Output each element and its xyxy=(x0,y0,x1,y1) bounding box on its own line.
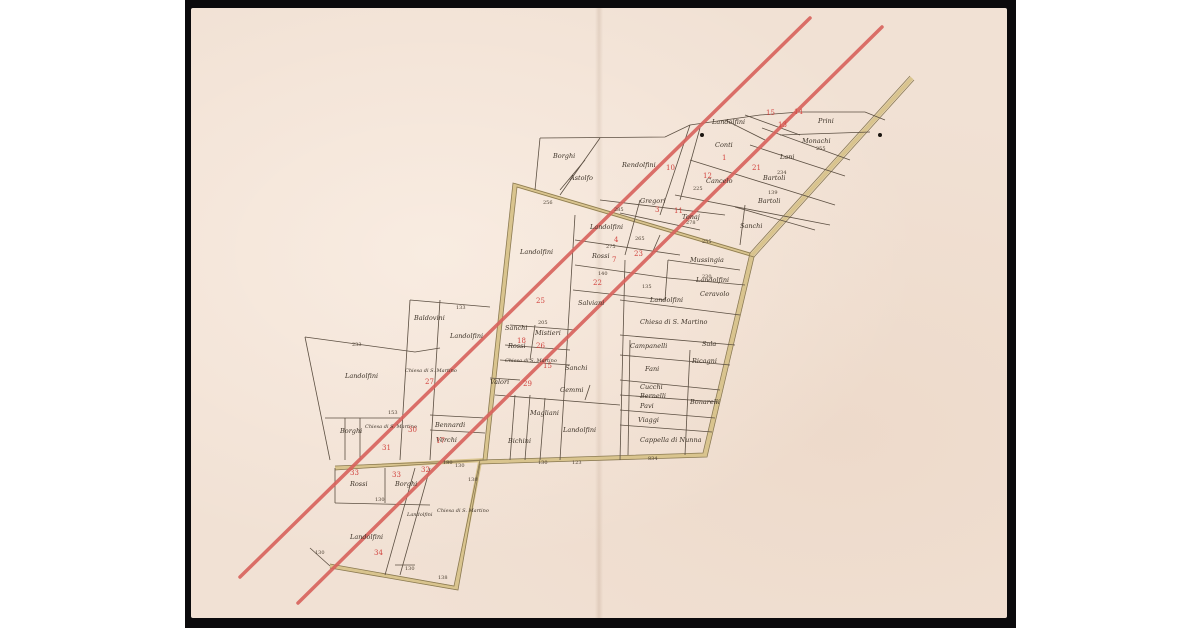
owner-label: Sanchi xyxy=(740,222,762,230)
owner-label: Landolfini xyxy=(695,276,729,284)
parcel-number: 27 xyxy=(425,378,434,386)
owner-label: Landolfini xyxy=(589,223,623,231)
parcel-number: 3 xyxy=(655,206,659,214)
measurement: 233 xyxy=(352,342,362,348)
owner-label: Rossi xyxy=(591,252,610,260)
parcel-boundaries xyxy=(305,112,885,575)
owner-label: Salviani xyxy=(578,299,604,307)
measurement: 265 xyxy=(635,236,645,242)
measurement: 153 xyxy=(388,410,398,416)
parcel-number: 18 xyxy=(517,337,526,345)
red-diagonal-lines xyxy=(240,18,882,603)
measurement: 285 xyxy=(614,207,624,213)
measurement: 138 xyxy=(468,477,478,483)
owner-label: Borghi xyxy=(339,427,362,435)
owner-label: Borghi xyxy=(552,152,575,160)
parcel-number: 29 xyxy=(523,380,532,388)
owner-label: Magliani xyxy=(529,409,559,417)
owner-label: Prini xyxy=(817,117,834,125)
owner-label: Bernelli xyxy=(639,392,666,400)
parcel-number: 1 xyxy=(722,154,726,162)
parcel-number: 30 xyxy=(408,426,417,434)
measurement: 130 xyxy=(315,550,325,556)
parcel-number: 7 xyxy=(612,256,616,264)
owner-label: Bartoli xyxy=(757,197,780,205)
measurement: 139 xyxy=(768,190,778,196)
measurement: 130 xyxy=(538,460,548,466)
measurement: 256 xyxy=(543,200,553,206)
measurement: 140 xyxy=(598,271,608,277)
measurement: 255 xyxy=(702,239,712,245)
owner-label: Chiesa di S. Martino xyxy=(405,368,457,374)
measurement: 834 xyxy=(648,456,658,462)
ink-dot xyxy=(878,133,882,137)
owner-label: Campanelli xyxy=(630,342,667,350)
measurement: 255 xyxy=(816,146,826,152)
measurement: 234 xyxy=(777,170,787,176)
owner-label: Conti xyxy=(715,141,733,149)
measurement: 123 xyxy=(572,460,582,466)
owner-label: Baldovini xyxy=(413,314,445,322)
parcel-number: 14 xyxy=(794,108,803,116)
owner-label: Ceravolo xyxy=(700,290,729,298)
owner-label: Monachi xyxy=(801,137,831,145)
parcel-number: 33 xyxy=(392,471,401,479)
measurement: 130 xyxy=(375,497,385,503)
owner-label: Fani xyxy=(644,365,659,373)
owner-label: Landolfini xyxy=(406,512,433,518)
owner-label: Mistieri xyxy=(534,329,561,337)
parcel-number: 4 xyxy=(614,236,619,244)
measurement: 205 xyxy=(538,320,548,326)
parcel-number: 21 xyxy=(752,164,761,172)
owner-label: Mussingia xyxy=(689,256,724,264)
parcel-number: 15 xyxy=(766,109,775,117)
owner-label: Bonarelli xyxy=(689,398,720,406)
owner-label: Chiesa di S. Martino xyxy=(437,508,489,514)
measurement: 225 xyxy=(693,186,703,192)
parcel-number: 23 xyxy=(634,250,643,258)
ink-dot xyxy=(700,133,704,137)
parcel-number: 12 xyxy=(703,172,712,180)
parcel-number: 32 xyxy=(421,466,430,474)
parcel-number: 22 xyxy=(593,279,602,287)
parcel-number: 25 xyxy=(536,297,545,305)
owner-label: Pavi xyxy=(639,402,654,410)
parcel-number: 10 xyxy=(666,164,675,172)
owner-label: Borghi xyxy=(394,480,417,488)
parcel-number: 11 xyxy=(674,207,683,215)
owner-label: Landolfini xyxy=(449,332,483,340)
owner-label: Bichini xyxy=(507,437,531,445)
owner-label: Cappella di Nunna xyxy=(640,436,702,444)
measurement: 135 xyxy=(642,284,652,290)
measurement: 275 xyxy=(606,244,616,250)
owner-label: Rossi xyxy=(349,480,368,488)
owner-labels: Landolfini Prini Monachi Lani Conti Canc… xyxy=(339,117,834,541)
parcel-number: 15 xyxy=(543,362,552,370)
owner-label: Chiesa di S. Martino xyxy=(640,318,708,326)
owner-label: Landolfini xyxy=(344,372,378,380)
owner-label: Astolfo xyxy=(569,174,593,182)
parcel-number: 31 xyxy=(382,444,391,452)
owner-label: Gemmi xyxy=(560,386,583,394)
owner-label: Lani xyxy=(779,153,794,161)
measurement: 130 xyxy=(405,566,415,572)
measurement: 180 xyxy=(443,460,453,466)
parcel-number: 26 xyxy=(536,342,545,350)
measurement: 278 xyxy=(686,220,696,226)
parcel-number: 13 xyxy=(778,121,787,129)
owner-label: Cucchi xyxy=(640,383,663,391)
owner-label: Gregori xyxy=(640,197,665,205)
owner-label: Bennardi xyxy=(434,421,465,429)
owner-label: Landolfini xyxy=(649,296,683,304)
measurement: 133 xyxy=(456,305,466,311)
parcel-number: 34 xyxy=(374,549,383,557)
owner-label: Landolfini xyxy=(711,118,745,126)
parcel-number: 17 xyxy=(436,437,445,445)
measurement: 130 xyxy=(455,463,465,469)
measurement: 138 xyxy=(438,575,448,581)
measurement: 230 xyxy=(702,274,712,280)
owner-label: Landolfini xyxy=(519,248,553,256)
owner-label: Sanchi xyxy=(565,364,587,372)
owner-label: Rendolfini xyxy=(621,161,656,169)
owner-label: Landolfini xyxy=(562,426,596,434)
owner-label: Landolfini xyxy=(349,533,383,541)
parcel-number: 33 xyxy=(350,469,359,477)
owner-label: Sanchi xyxy=(505,324,527,332)
cadastral-map: Landolfini Prini Monachi Lani Conti Canc… xyxy=(0,0,1200,628)
owner-label: Sala xyxy=(702,340,716,348)
owner-label: Viaggi xyxy=(638,416,659,424)
owner-label: Valori xyxy=(490,378,509,386)
owner-label: Ricagni xyxy=(691,357,717,365)
